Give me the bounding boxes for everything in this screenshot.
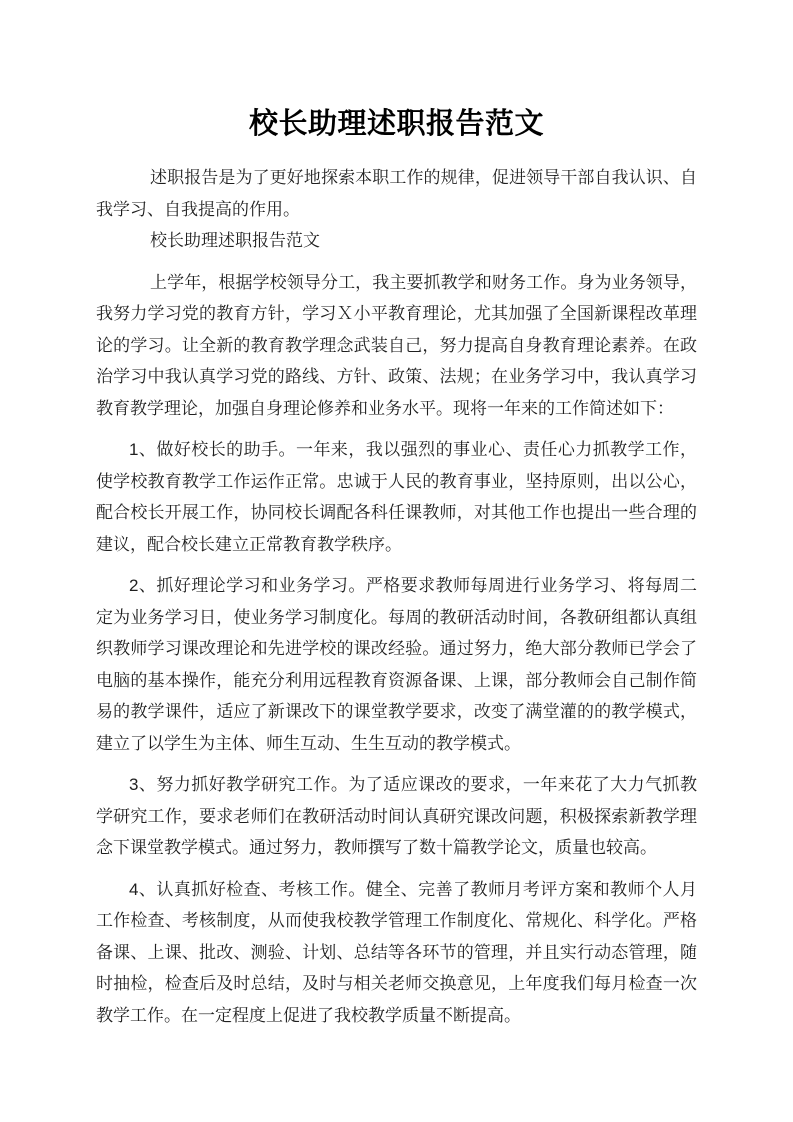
paragraph-item-4: 4、认真抓好检查、考核工作。健全、完善了教师月考评方案和教师个人月工作检查、考核… [96, 874, 697, 1032]
document-page: 校长助理述职报告范文 述职报告是为了更好地探索本职工作的规律，促进领导干部自我认… [0, 0, 793, 1122]
paragraph-item-2: 2、抓好理论学习和业务学习。严格要求教师每周进行业务学习、将每周二定为业务学习日… [96, 570, 697, 759]
paragraph-subtitle: 校长助理述职报告范文 [96, 225, 697, 257]
paragraph-item-3: 3、努力抓好教学研究工作。为了适应课改的要求，一年来花了大力气抓教学研究工作，要… [96, 769, 697, 864]
document-title: 校长助理述职报告范文 [96, 106, 697, 142]
paragraph-item-1: 1、做好校长的助手。一年来，我以强烈的事业心、责任心力抓教学工作，使学校教育教学… [96, 434, 697, 560]
paragraph-intro: 述职报告是为了更好地探索本职工作的规律，促进领导干部自我认识、自我学习、自我提高… [96, 162, 697, 225]
paragraph-overview: 上学年，根据学校领导分工，我主要抓教学和财务工作。身为业务领导，我努力学习党的教… [96, 267, 697, 425]
